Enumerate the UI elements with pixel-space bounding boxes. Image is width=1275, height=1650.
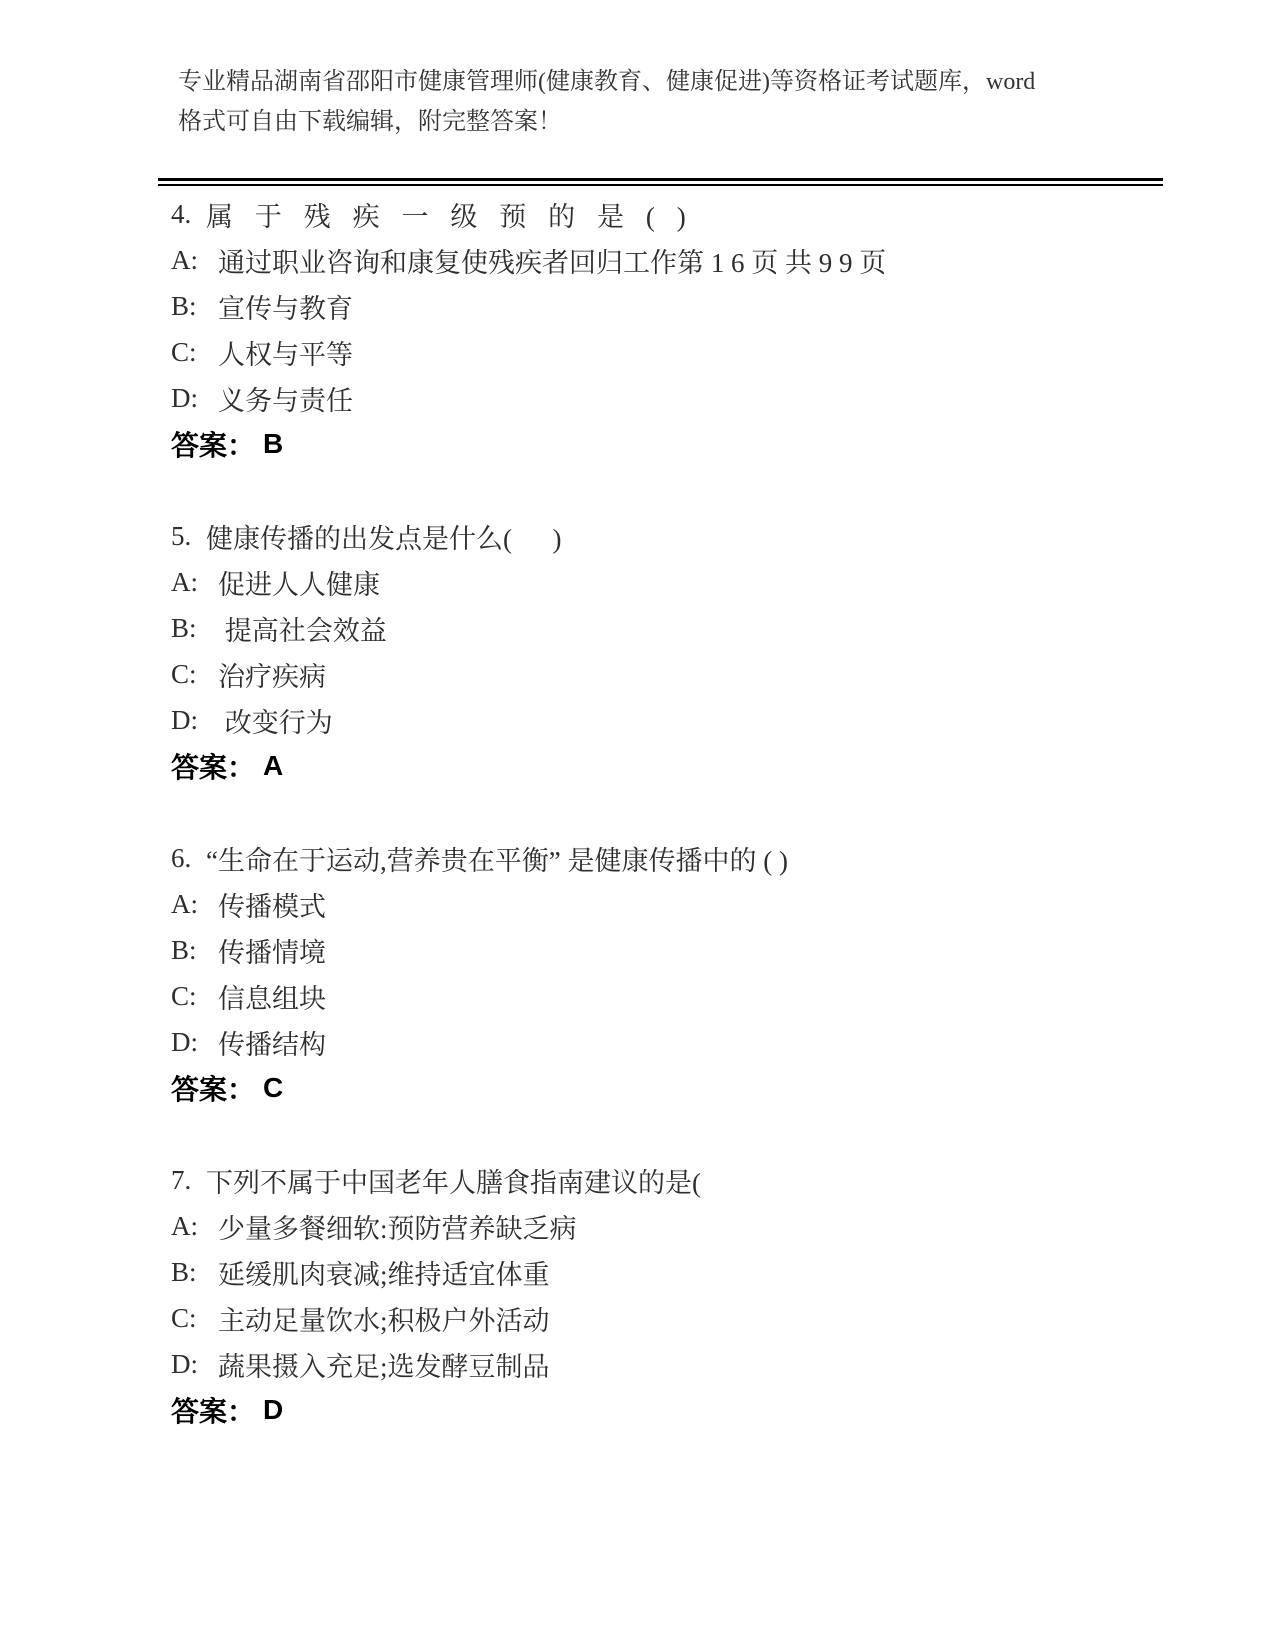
option-label: D:	[171, 1349, 218, 1380]
option-text: 宣传与教育	[218, 287, 353, 326]
question-title: 5. 健康传播的出发点是什么( )	[171, 513, 1185, 559]
option-text: 传播模式	[218, 885, 326, 924]
option-b: B: 提高社会效益	[171, 605, 1185, 651]
option-label: D:	[171, 383, 218, 414]
option-text: 促进人人健康	[218, 563, 380, 602]
option-b: B: 传播情境	[171, 927, 1185, 973]
option-text: 义务与责任	[218, 379, 353, 418]
option-label: C:	[171, 337, 218, 368]
option-text: 信息组块	[218, 977, 326, 1016]
option-d: D: 改变行为	[171, 697, 1185, 743]
option-c: C: 治疗疾病	[171, 651, 1185, 697]
option-text: 传播结构	[218, 1023, 326, 1062]
option-text: 主动足量饮水;积极户外活动	[218, 1299, 550, 1338]
option-text: 少量多餐细软:预防营养缺乏病	[218, 1207, 577, 1246]
option-text: 蔬果摄入充足;选发酵豆制品	[218, 1345, 550, 1384]
question-text: “生命在于运动,营养贵在平衡” 是健康传播中的 ( )	[206, 839, 788, 878]
option-label: C:	[171, 1303, 218, 1334]
option-a: A: 少量多餐细软:预防营养缺乏病	[171, 1203, 1185, 1249]
question-number: 4.	[171, 199, 206, 230]
option-label: D:	[171, 705, 218, 736]
option-label: B:	[171, 613, 218, 644]
answer-value: A	[263, 750, 283, 782]
question-text: 属 于 残 疾 一 级 预 的 是 ( )	[206, 195, 693, 234]
option-c: C: 主动足量饮水;积极户外活动	[171, 1295, 1185, 1341]
answer-label: 答案：	[171, 1390, 255, 1430]
question-text: 下列不属于中国老年人膳食指南建议的是(	[206, 1161, 701, 1200]
answer-label: 答案：	[171, 424, 255, 464]
question-6: 6. “生命在于运动,营养贵在平衡” 是健康传播中的 ( ) A: 传播模式 B…	[171, 835, 1185, 1111]
option-text: 传播情境	[218, 931, 326, 970]
question-text: 健康传播的出发点是什么( )	[206, 517, 561, 556]
option-text: 延缓肌肉衰减;维持适宜体重	[218, 1253, 550, 1292]
option-label: B:	[171, 1257, 218, 1288]
question-5: 5. 健康传播的出发点是什么( ) A: 促进人人健康 B: 提高社会效益 C:…	[171, 513, 1185, 789]
header-separator-line	[158, 178, 1163, 186]
option-text: 通过职业咨询和康复使残疾者回归工作第 1 6 页 共 9 9 页	[218, 241, 886, 280]
answer-label: 答案：	[171, 746, 255, 786]
question-number: 5.	[171, 521, 206, 552]
option-label: A:	[171, 567, 218, 598]
option-label: D:	[171, 1027, 218, 1058]
question-title: 7. 下列不属于中国老年人膳食指南建议的是(	[171, 1157, 1185, 1203]
option-label: C:	[171, 981, 218, 1012]
option-c: C: 人权与平等	[171, 329, 1185, 375]
option-label: C:	[171, 659, 218, 690]
option-text: 提高社会效益	[218, 609, 387, 648]
option-a: A: 传播模式	[171, 881, 1185, 927]
answer-value: B	[263, 428, 283, 460]
option-label: B:	[171, 935, 218, 966]
option-d: D: 蔬果摄入充足;选发酵豆制品	[171, 1341, 1185, 1387]
question-7: 7. 下列不属于中国老年人膳食指南建议的是( A: 少量多餐细软:预防营养缺乏病…	[171, 1157, 1185, 1433]
answer-value: D	[263, 1394, 283, 1426]
header-line-2: 格式可自由下载编辑，附完整答案！	[178, 102, 1185, 142]
option-a: A: 促进人人健康	[171, 559, 1185, 605]
document-page: 专业精品湖南省邵阳市健康管理师(健康教育、健康促进)等资格证考试题库，word …	[0, 0, 1275, 1650]
answer-value: C	[263, 1072, 283, 1104]
option-label: A:	[171, 1211, 218, 1242]
question-number: 7.	[171, 1165, 206, 1196]
option-label: A:	[171, 245, 218, 276]
option-b: B: 宣传与教育	[171, 283, 1185, 329]
header-line-1: 专业精品湖南省邵阳市健康管理师(健康教育、健康促进)等资格证考试题库，word	[178, 62, 1185, 102]
option-text: 治疗疾病	[218, 655, 326, 694]
answer-line: 答案： D	[171, 1387, 1185, 1433]
option-b: B: 延缓肌肉衰减;维持适宜体重	[171, 1249, 1185, 1295]
answer-line: 答案： B	[171, 421, 1185, 467]
option-label: A:	[171, 889, 218, 920]
option-text: 改变行为	[218, 701, 333, 740]
answer-line: 答案： C	[171, 1065, 1185, 1111]
option-d: D: 传播结构	[171, 1019, 1185, 1065]
question-4: 4. 属 于 残 疾 一 级 预 的 是 ( ) A: 通过职业咨询和康复使残疾…	[171, 191, 1185, 467]
answer-line: 答案： A	[171, 743, 1185, 789]
option-text: 人权与平等	[218, 333, 353, 372]
question-title: 6. “生命在于运动,营养贵在平衡” 是健康传播中的 ( )	[171, 835, 1185, 881]
option-d: D: 义务与责任	[171, 375, 1185, 421]
question-title: 4. 属 于 残 疾 一 级 预 的 是 ( )	[171, 191, 1185, 237]
option-c: C: 信息组块	[171, 973, 1185, 1019]
option-a: A: 通过职业咨询和康复使残疾者回归工作第 1 6 页 共 9 9 页	[171, 237, 1185, 283]
document-header: 专业精品湖南省邵阳市健康管理师(健康教育、健康促进)等资格证考试题库，word …	[171, 0, 1185, 142]
answer-label: 答案：	[171, 1068, 255, 1108]
question-number: 6.	[171, 843, 206, 874]
document-content: 专业精品湖南省邵阳市健康管理师(健康教育、健康促进)等资格证考试题库，word …	[0, 0, 1275, 1433]
option-label: B:	[171, 291, 218, 322]
